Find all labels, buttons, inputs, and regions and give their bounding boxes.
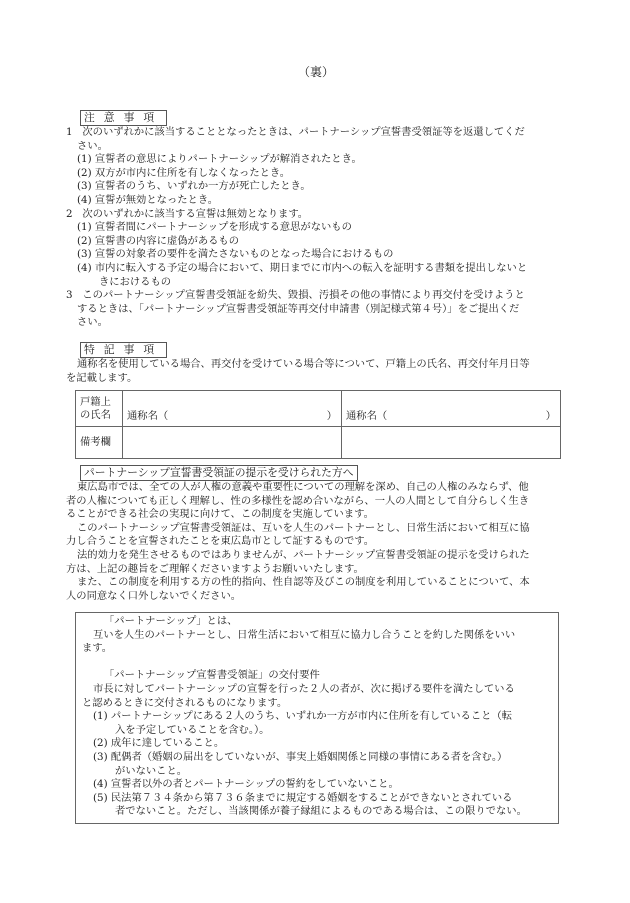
requirements-intro: 市長に対してパートナーシップの宣誓を行った２人の者が、次に掲げる要件を満たしてい… [82,683,552,697]
table-row-remarks: 備考欄 [76,427,561,459]
presenter-heading: パートナーシップ宣誓書受領証の提示を受けられた方へ [80,465,358,481]
notes-section: 注意事項 1 次のいずれかに該当することとなったときは、パートナーシップ宣誓書受… [66,110,566,330]
page-title: （裏） [66,66,566,80]
partnership-definition-text: 互いを人生のパートナーとし、日常生活において相互に協力し合うことを約した関係をい… [82,629,552,643]
alias-close: ） [327,410,337,424]
registered-name-label: 戸籍上 の氏名 [76,391,123,427]
presenter-paragraph-2: このパートナーシップ宣誓書受領証は、互いを人生のパートナーとし、日常生活において… [66,522,566,549]
notes-item-1-sub-1: (1) 宣誓者の意思によりパートナーシップが解消されたとき。 [66,153,566,167]
notes-item-1: 1 次のいずれかに該当することとなったときは、パートナーシップ宣誓書受領証等を返… [66,126,566,140]
notes-item-1-sub-4: (4) 宣誓が無効となったとき。 [66,194,566,208]
presenter-paragraph-1: 東広島市では、全ての人が人権の意義や重要性についての理解を深め、自己の人権のみな… [66,481,566,522]
remarks-field-1[interactable] [123,427,342,459]
presenter-paragraph-4: また、この制度を利用する方の性的指向、性自認等及びこの制度を利用していることにつ… [66,576,566,603]
item-text: 次のいずれかに該当する宣誓は無効となります。 [82,208,308,220]
presenter-section: パートナーシップ宣誓書受領証の提示を受けられた方へ 東広島市では、全ての人が人権… [66,465,566,603]
requirement-item-2: (2) 成年に達していること。 [82,737,552,751]
special-intro-text: 通称名を使用している場合、再交付を受けている場合等について、戸籍上の氏名、再交付… [66,358,566,372]
notes-item-1-sub-3: (3) 宣誓者のうち、いずれか一方が死亡したとき。 [66,180,566,194]
notes-item-2-sub-4: (4) 市内に転入する予定の場合において、期日までに市内への転入を証明する書類を… [66,262,566,276]
definitions-box: 「パートナーシップ」とは、 互いを人生のパートナーとし、日常生活において相互に協… [75,612,559,824]
special-notes-table: 戸籍上 の氏名 通称名（ ） 通称名（ ） 備考欄 [75,390,561,459]
requirements-intro-continued: と認めるときに交付されるものになります。 [82,697,552,711]
requirement-item-3: (3) 配偶者（婚姻の届出をしていないが、事実上婚姻関係と同様の事情にある者を含… [82,751,552,765]
partnership-definition-title: 「パートナーシップ」とは、 [82,615,552,629]
alias-close: ） [546,410,556,424]
alias-name-field-2[interactable]: 通称名（ ） [342,391,561,427]
alias-label: 通称名（ [346,410,387,424]
requirement-item-4: (4) 宣誓者以外の者とパートナーシップの誓約をしていないこと。 [82,778,552,792]
notes-item-2-sub-3: (3) 宣誓の対象者の要件を満たさないものとなった場合におけるもの [66,248,566,262]
presenter-paragraph-3: 法的効力を発生させるものではありませんが、パートナーシップ宣誓書受領証の提示を受… [66,549,566,576]
alias-label: 通称名（ [127,410,168,424]
item-text-continued: するときは、「パートナーシップ宣誓書受領証等再交付申請書（別記様式第４号）」をご… [66,303,566,317]
item-text: このパートナーシップ宣誓書受領証を紛失、毀損、汚損その他の事情により再交付を受け… [82,289,524,301]
remarks-field-2[interactable] [342,427,561,459]
item-number: 1 [66,126,73,138]
spacer [82,656,552,670]
special-notes-section: 特記事項 通称名を使用している場合、再交付を受けている場合等について、戸籍上の氏… [66,342,566,385]
requirements-title: 「パートナーシップ宣誓書受領証」の交付要件 [82,669,552,683]
alias-name-field-1[interactable]: 通称名（ ） [123,391,342,427]
partnership-definition-text-continued: ます。 [82,642,552,656]
requirement-item-5: (5) 民法第７３４条から第７３６条までに規定する婚姻をすることができないとされ… [82,792,552,806]
notes-item-2: 2 次のいずれかに該当する宣誓は無効となります。 [66,208,566,222]
notes-item-3: 3 このパートナーシップ宣誓書受領証を紛失、毀損、汚損その他の事情により再交付を… [66,289,566,303]
item-text: 次のいずれかに該当することとなったときは、パートナーシップ宣誓書受領証等を返還し… [82,126,524,138]
notes-item-2-sub-2: (2) 宣誓書の内容に虚偽があるもの [66,235,566,249]
remarks-label: 備考欄 [76,427,123,459]
item-number: 2 [66,208,73,220]
notes-heading: 注意事項 [80,110,167,126]
item-text-continued: さい。 [66,316,566,330]
notes-item-1-sub-2: (2) 双方が市内に住所を有しなくなったとき。 [66,167,566,181]
item-text-continued: さい。 [66,140,566,154]
requirement-item-5-continued: 者でないこと。ただし、当該関係が養子縁組によるものである場合は、この限りでない。 [82,805,552,819]
requirement-item-1-continued: 入を予定していることを含む。）。 [82,724,552,738]
requirement-item-3-continued: がいないこと。 [82,765,552,779]
special-intro-text-continued: を記載します。 [66,372,566,386]
item-text-continued: きにおけるもの [66,276,566,290]
item-number: 3 [66,289,73,301]
notes-item-2-sub-1: (1) 宣誓者間にパートナーシップを形成する意思がないもの [66,221,566,235]
requirement-item-1: (1) パートナーシップにある２人のうち、いずれか一方が市内に住所を有しているこ… [82,710,552,724]
special-notes-heading: 特記事項 [80,342,167,358]
table-row-registered-name: 戸籍上 の氏名 通称名（ ） 通称名（ ） [76,391,561,427]
